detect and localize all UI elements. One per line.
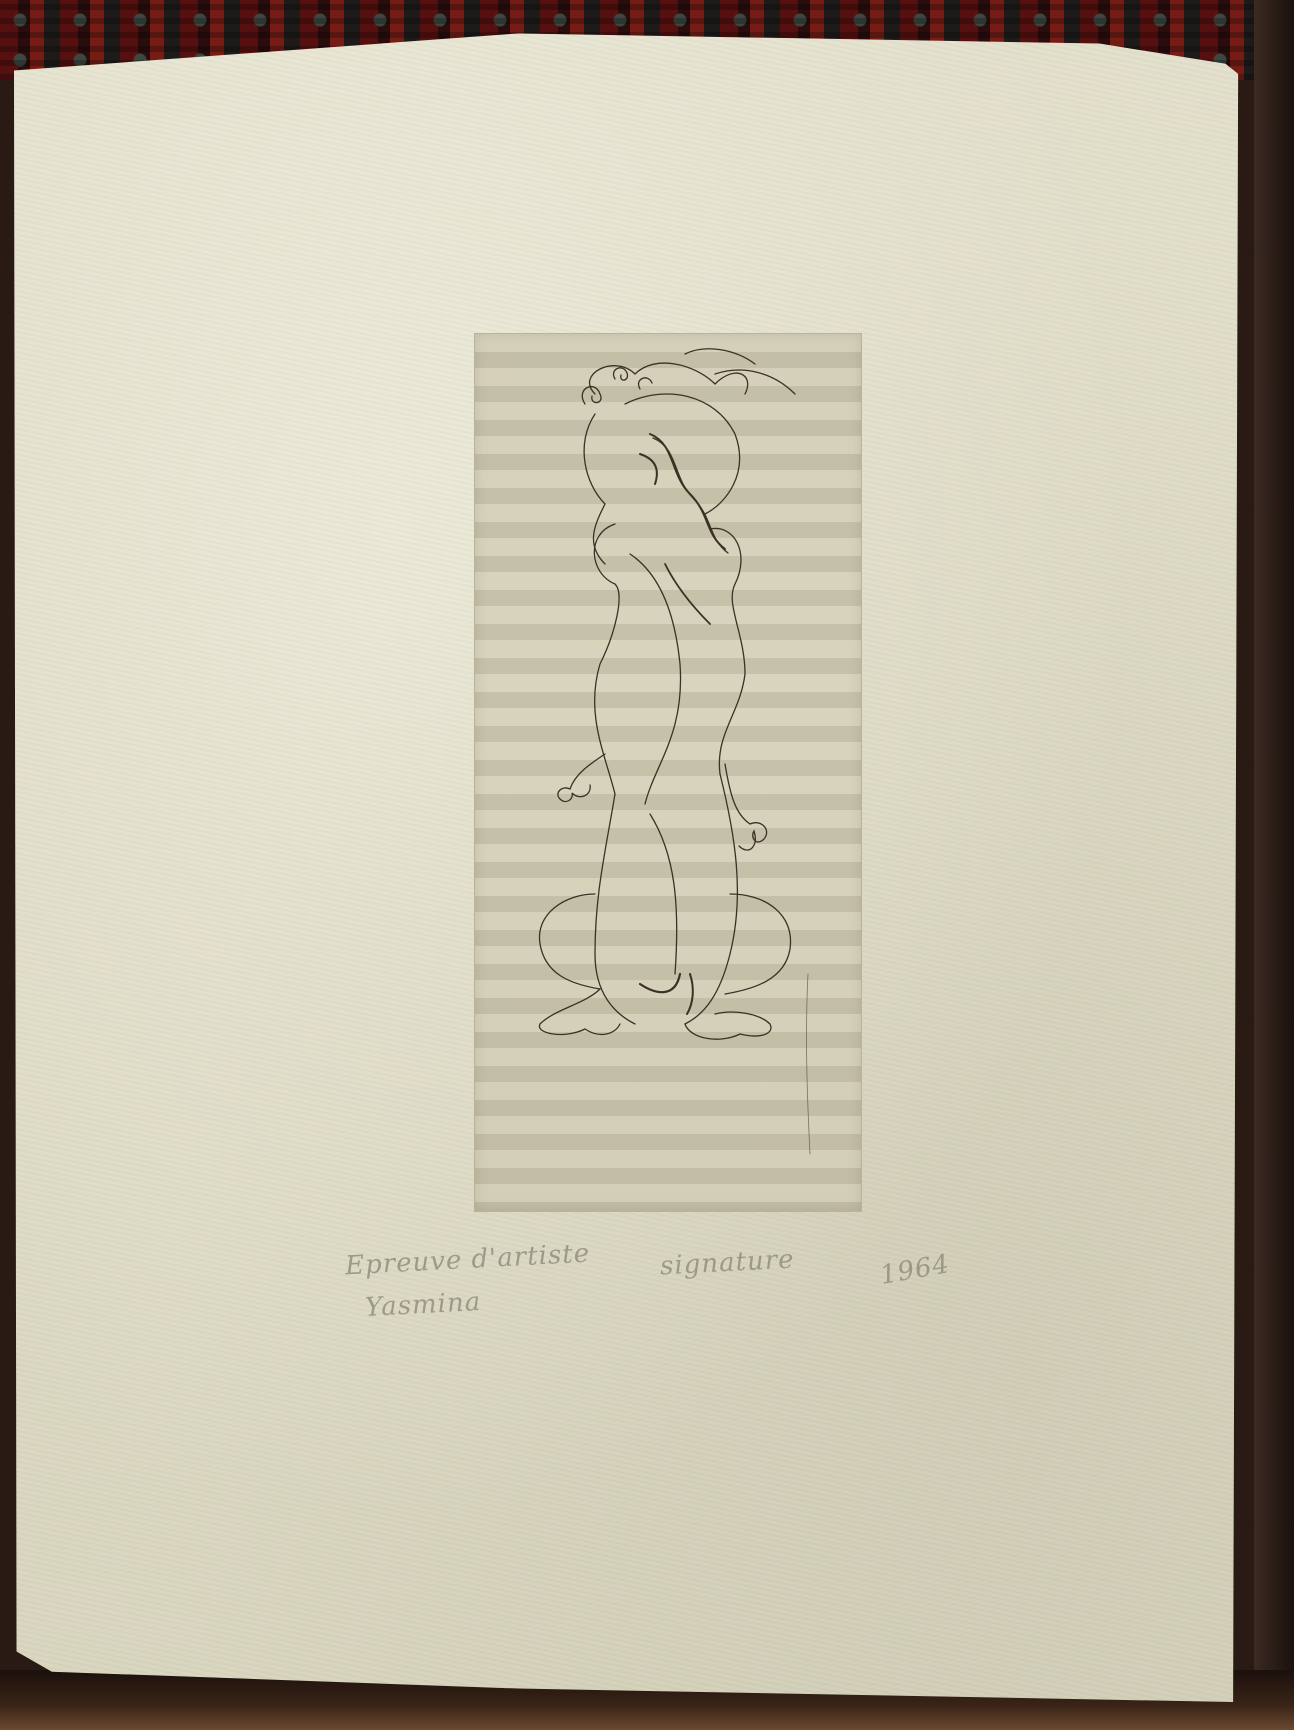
title-inscription: Yasmina (364, 1287, 482, 1323)
shadow-edge (1254, 0, 1294, 1730)
figure-drawing (475, 334, 861, 1211)
etching-plate (474, 333, 862, 1212)
